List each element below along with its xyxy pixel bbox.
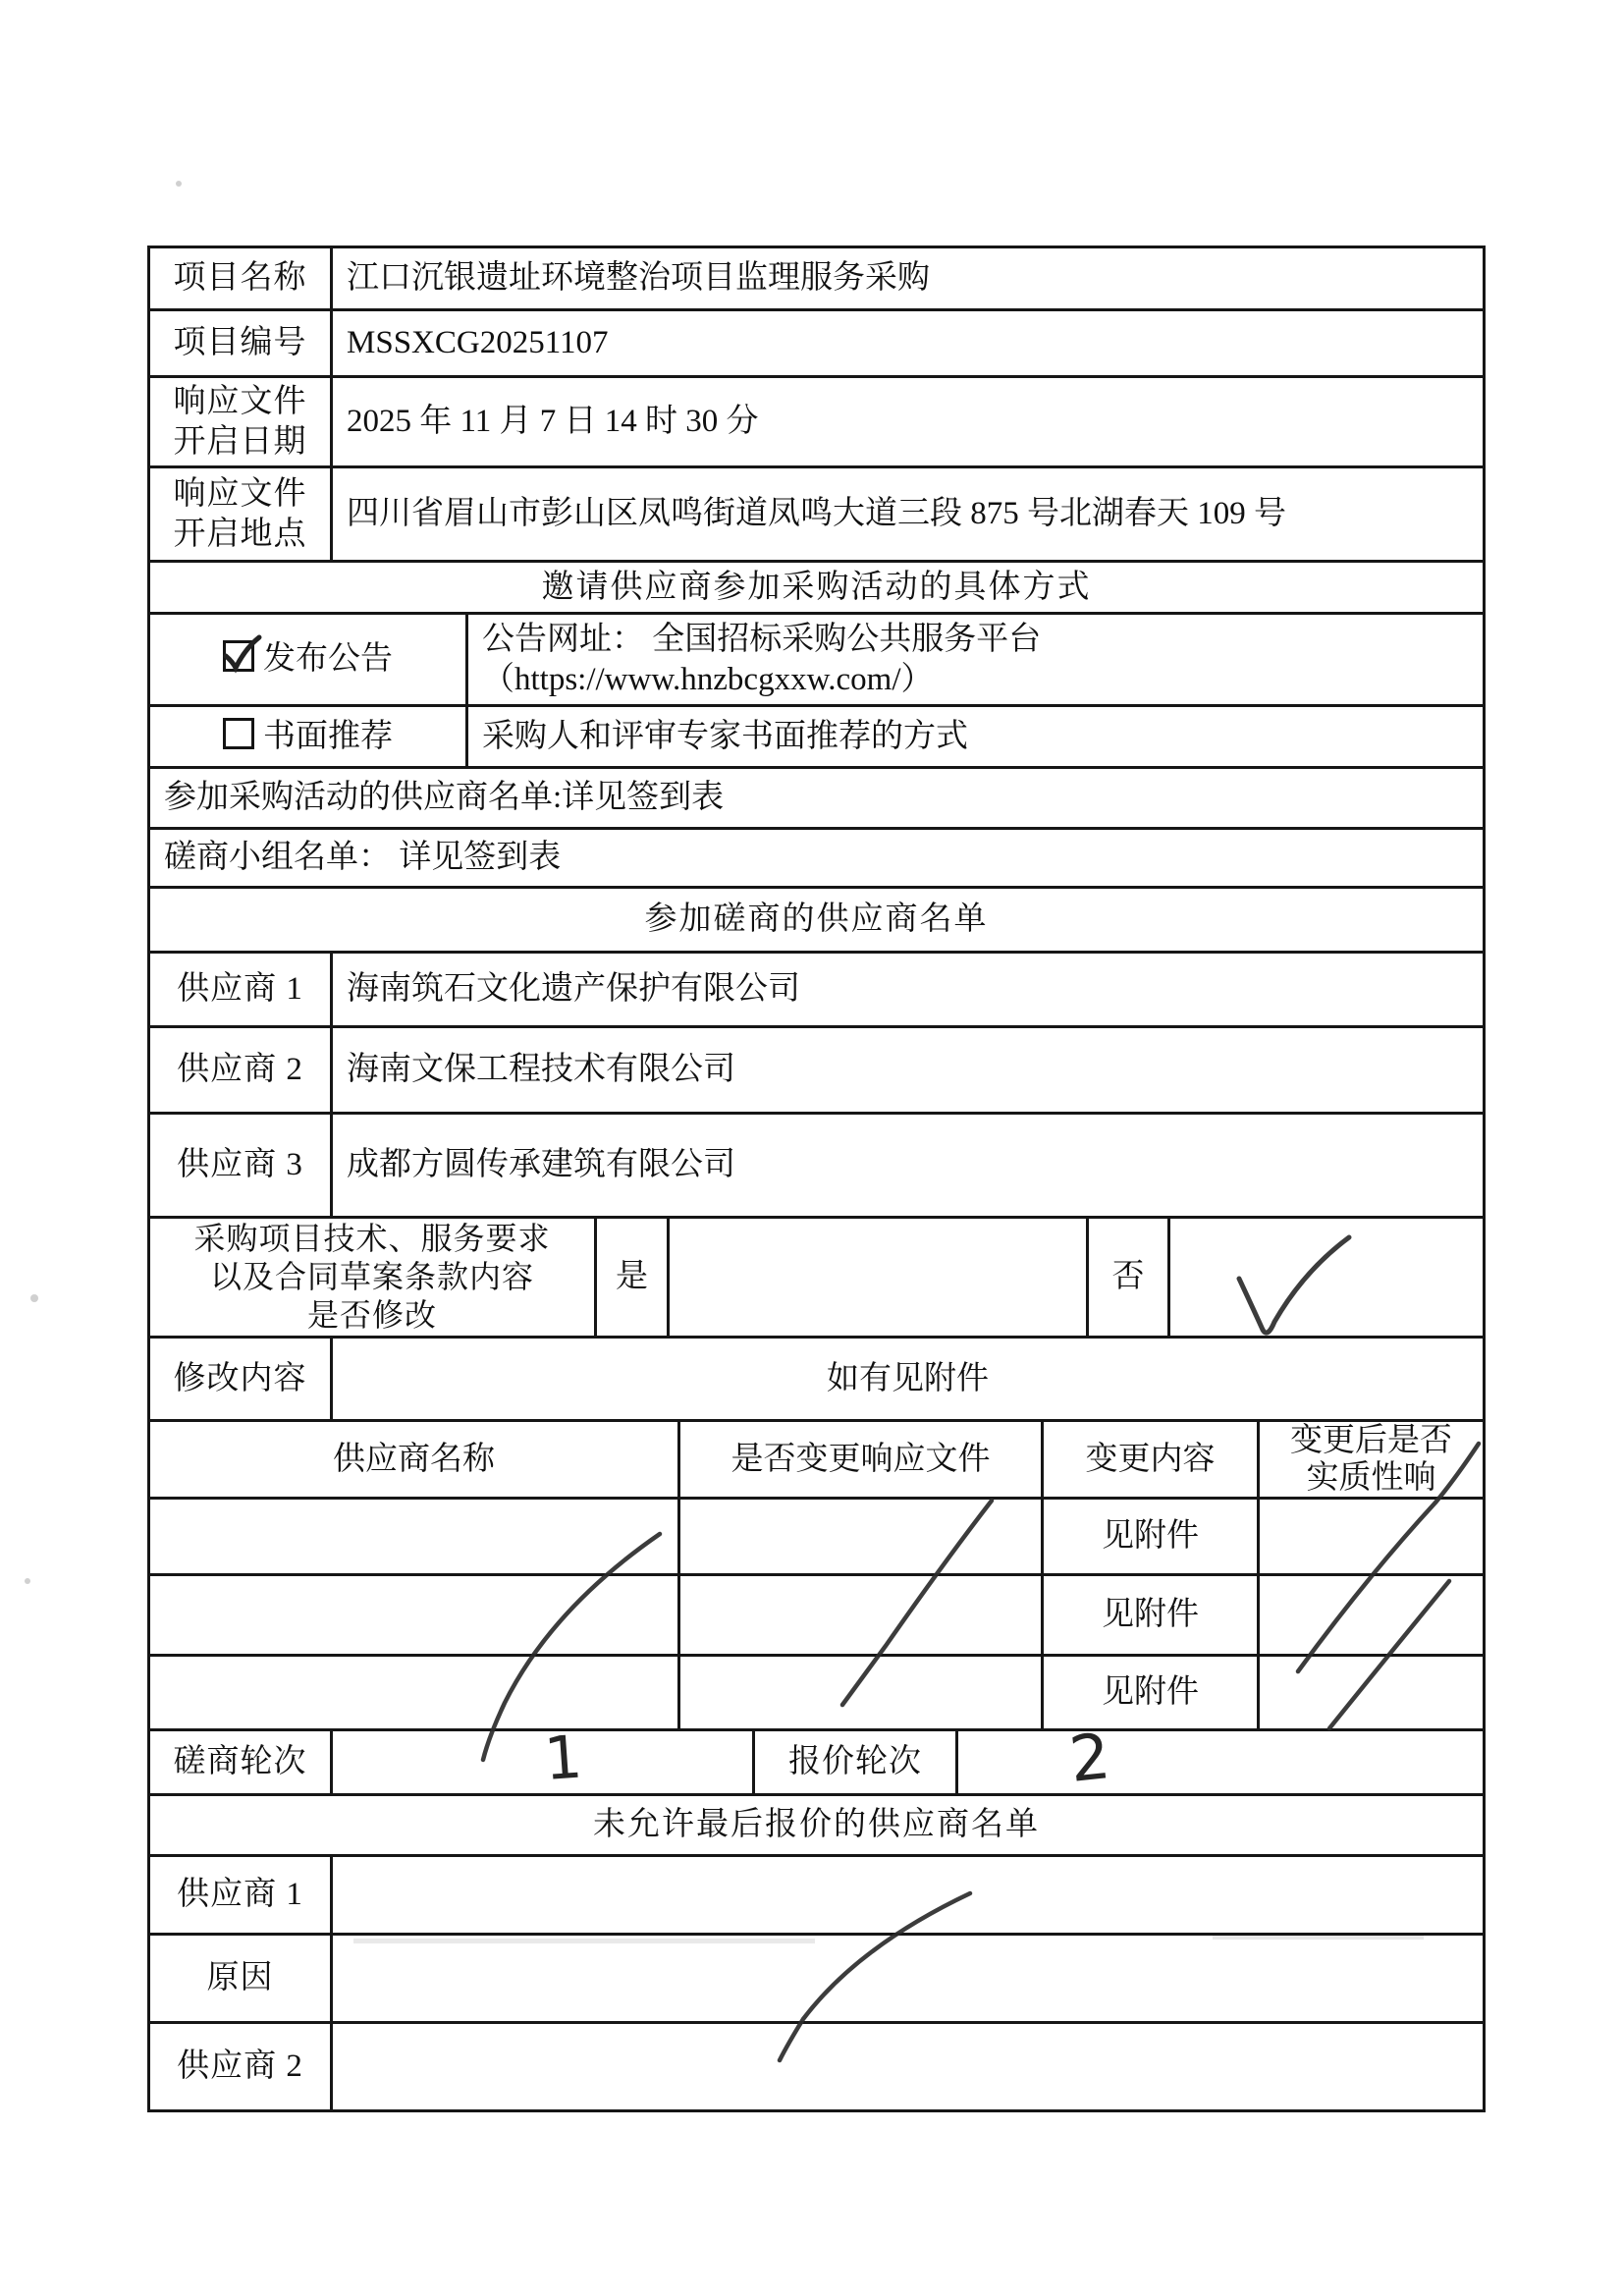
change-table-header-row: 供应商名称 是否变更响应文件 变更内容 变更后是否 实质性响 [149, 1421, 1485, 1499]
project-name-value: 江口沉银遗址环境整治项目监理服务采购 [332, 247, 1485, 310]
checkbox-check-icon [219, 630, 264, 676]
supplier-3-value: 成都方圆传承建筑有限公司 [332, 1114, 1485, 1218]
written-recommendation-option: 书面推荐 [149, 706, 467, 768]
supplier-1-label: 供应商 1 [149, 953, 332, 1027]
modification-question-table: 采购项目技术、服务要求 以及合同草案条款内容 是否修改 是 否 [147, 1216, 1486, 1339]
table-row: 原因 [149, 1935, 1485, 2023]
modification-no-label: 否 [1088, 1218, 1169, 1338]
response-open-location-label: 响应文件 开启地点 [149, 467, 332, 562]
document-table: 项目名称 江口沉银遗址环境整治项目监理服务采购 项目编号 MSSXCG20251… [147, 246, 1486, 2112]
denied-supplier-2-label: 供应商 2 [149, 2023, 332, 2111]
table-row: 供应商 2 海南文保工程技术有限公司 [149, 1027, 1485, 1114]
table-row: 供应商 1 海南筑石文化遗产保护有限公司 [149, 953, 1485, 1027]
project-number-value: MSSXCG20251107 [332, 310, 1485, 377]
panel-note: 磋商小组名单： 详见签到表 [149, 829, 1485, 888]
final-quote-denied-header-table: 未允许最后报价的供应商名单 [147, 1793, 1486, 1857]
modification-content-value: 如有见附件 [332, 1338, 1485, 1421]
supplier-2-label: 供应商 2 [149, 1027, 332, 1114]
participants-note: 参加采购活动的供应商名单:详见签到表 [149, 768, 1485, 829]
scan-speck [25, 1578, 30, 1584]
table-row: 发布公告 公告网址： 全国招标采购公共服务平台 （https://www.hnz… [149, 614, 1485, 706]
table-row: 见附件 [149, 1575, 1485, 1656]
supplier-3-label: 供应商 3 [149, 1114, 332, 1218]
change-row-substantive [1259, 1656, 1485, 1730]
change-row-supplier [149, 1656, 679, 1730]
table-row: 采购项目技术、服务要求 以及合同草案条款内容 是否修改 是 否 [149, 1218, 1485, 1338]
notes-table: 参加采购活动的供应商名单:详见签到表 磋商小组名单： 详见签到表 [147, 766, 1486, 889]
negotiation-suppliers-table: 供应商 1 海南筑石文化遗产保护有限公司 供应商 2 海南文保工程技术有限公司 … [147, 951, 1486, 1219]
modification-yes-label: 是 [596, 1218, 669, 1338]
change-table-header-substantive: 变更后是否 实质性响 [1259, 1421, 1485, 1499]
quote-round-value-cell [957, 1730, 1485, 1795]
announcement-url-desc: 公告网址： 全国招标采购公共服务平台 （https://www.hnzbcgxx… [467, 614, 1485, 706]
modification-yes-answer-cell [669, 1218, 1088, 1338]
rounds-table: 磋商轮次 报价轮次 [147, 1728, 1486, 1796]
change-row-changed [679, 1575, 1043, 1656]
table-row: 磋商轮次 报价轮次 [149, 1730, 1485, 1795]
denied-supplier-1-label: 供应商 1 [149, 1856, 332, 1935]
project-name-label: 项目名称 [149, 247, 332, 310]
change-row-supplier [149, 1499, 679, 1575]
final-quote-denied-header: 未允许最后报价的供应商名单 [149, 1795, 1485, 1856]
scanned-document-page: 项目名称 江口沉银遗址环境整治项目监理服务采购 项目编号 MSSXCG20251… [0, 0, 1623, 2296]
denied-reason-value [332, 1935, 1485, 2023]
modification-no-answer-cell [1169, 1218, 1485, 1338]
written-recommendation-label: 书面推荐 [263, 719, 393, 754]
change-table-header-content: 变更内容 [1043, 1421, 1259, 1499]
negotiation-suppliers-header: 参加磋商的供应商名单 [149, 888, 1485, 953]
denied-supplier-1-value [332, 1856, 1485, 1935]
publish-announcement-option: 发布公告 [149, 614, 467, 706]
publish-announcement-label: 发布公告 [263, 641, 393, 677]
change-table-header-supplier: 供应商名称 [149, 1421, 679, 1499]
table-row: 项目编号 MSSXCG20251107 [149, 310, 1485, 377]
table-row: 响应文件 开启日期 2025 年 11 月 7 日 14 时 30 分 [149, 377, 1485, 467]
table-row: 见附件 [149, 1499, 1485, 1575]
table-row: 项目名称 江口沉银遗址环境整治项目监理服务采购 [149, 247, 1485, 310]
table-row: 书面推荐 采购人和评审专家书面推荐的方式 [149, 706, 1485, 768]
table-row: 响应文件 开启地点 四川省眉山市彭山区凤鸣街道凤鸣大道三段 875 号北湖春天 … [149, 467, 1485, 562]
change-row-substantive [1259, 1575, 1485, 1656]
table-row: 修改内容 如有见附件 [149, 1338, 1485, 1421]
change-table: 供应商名称 是否变更响应文件 变更内容 变更后是否 实质性响 见附件 见附件 [147, 1419, 1486, 1731]
table-row: 供应商 3 成都方圆传承建筑有限公司 [149, 1114, 1485, 1218]
announcement-checkbox [223, 640, 254, 672]
response-open-date-label: 响应文件 开启日期 [149, 377, 332, 467]
change-row-substantive [1259, 1499, 1485, 1575]
negotiation-round-value-cell [332, 1730, 754, 1795]
written-recommendation-checkbox [223, 718, 254, 749]
scan-speck [176, 181, 182, 187]
invite-method-header-table: 邀请供应商参加采购活动的具体方式 [147, 560, 1486, 615]
quote-round-label: 报价轮次 [754, 1730, 957, 1795]
change-row-supplier [149, 1575, 679, 1656]
supplier-1-value: 海南筑石文化遗产保护有限公司 [332, 953, 1485, 1027]
change-row-content: 见附件 [1043, 1499, 1259, 1575]
change-table-header-changed: 是否变更响应文件 [679, 1421, 1043, 1499]
modification-content-label: 修改内容 [149, 1338, 332, 1421]
scan-speck [30, 1294, 38, 1302]
denied-reason-label: 原因 [149, 1935, 332, 2023]
modification-question-label: 采购项目技术、服务要求 以及合同草案条款内容 是否修改 [149, 1218, 596, 1338]
change-row-changed [679, 1499, 1043, 1575]
table-row: 供应商 1 [149, 1856, 1485, 1935]
project-number-label: 项目编号 [149, 310, 332, 377]
final-quote-denied-table: 供应商 1 原因 供应商 2 [147, 1854, 1486, 2112]
denied-supplier-2-value [332, 2023, 1485, 2111]
response-open-date-value: 2025 年 11 月 7 日 14 时 30 分 [332, 377, 1485, 467]
written-recommendation-desc: 采购人和评审专家书面推荐的方式 [467, 706, 1485, 768]
change-row-content: 见附件 [1043, 1575, 1259, 1656]
negotiation-suppliers-header-table: 参加磋商的供应商名单 [147, 886, 1486, 954]
invite-method-table: 发布公告 公告网址： 全国招标采购公共服务平台 （https://www.hnz… [147, 612, 1486, 769]
supplier-2-value: 海南文保工程技术有限公司 [332, 1027, 1485, 1114]
basic-info-table: 项目名称 江口沉银遗址环境整治项目监理服务采购 项目编号 MSSXCG20251… [147, 246, 1486, 563]
change-row-changed [679, 1656, 1043, 1730]
table-row: 见附件 [149, 1656, 1485, 1730]
invite-method-header: 邀请供应商参加采购活动的具体方式 [149, 562, 1485, 614]
change-row-content: 见附件 [1043, 1656, 1259, 1730]
modification-content-table: 修改内容 如有见附件 [147, 1336, 1486, 1422]
negotiation-round-label: 磋商轮次 [149, 1730, 332, 1795]
response-open-location-value: 四川省眉山市彭山区凤鸣街道凤鸣大道三段 875 号北湖春天 109 号 [332, 467, 1485, 562]
table-row: 供应商 2 [149, 2023, 1485, 2111]
